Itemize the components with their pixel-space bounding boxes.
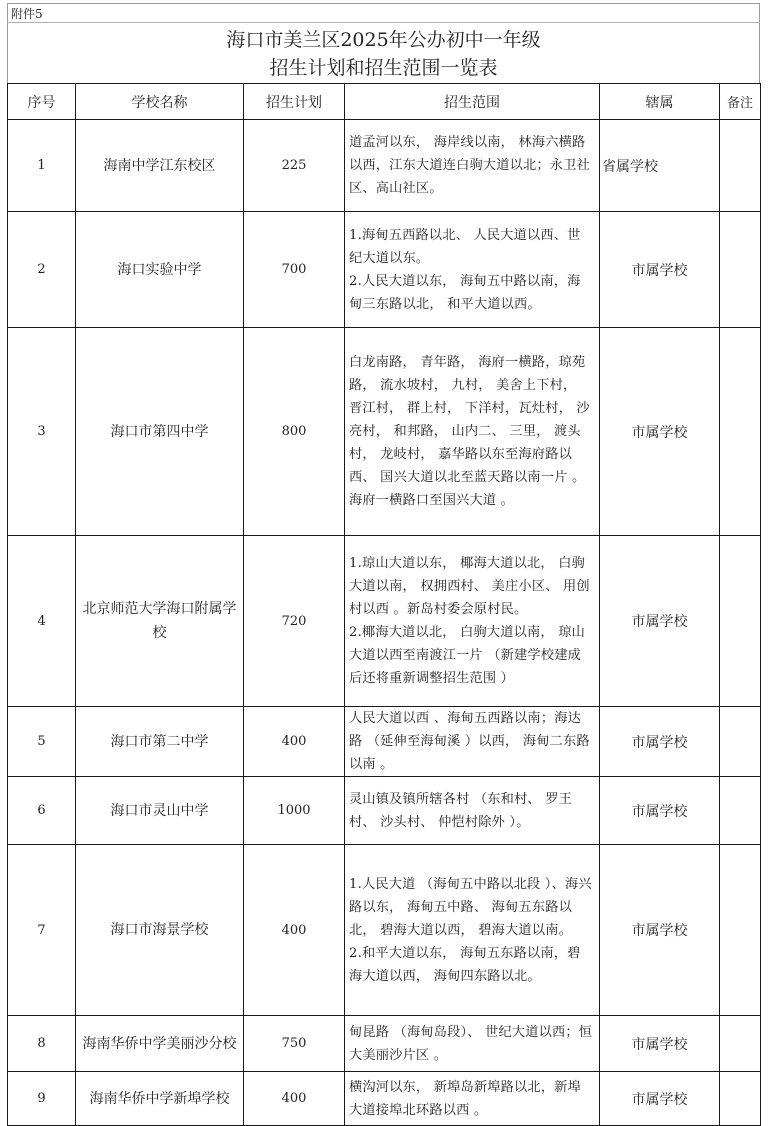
table-row: 4 北京师范大学海口附属学校 720 1.琼山大道以东， 椰海大道以北， 白驹大… <box>8 536 761 707</box>
range-text: 2.椰海大道以北， 白驹大道以南， 琼山大道以西至南渡江一片 （新建学校建成后还… <box>349 621 593 690</box>
cell-note <box>720 777 761 845</box>
range-text: 灵山镇及镇所辖各村 （东和村、 罗王村、 沙头村、 仲恺村除外 ）。 <box>349 788 593 834</box>
table-header-row: 序号 学校名称 招生计划 招生范围 辖属 备注 <box>8 84 761 120</box>
cell-plan: 400 <box>244 1072 345 1126</box>
cell-note <box>720 212 761 328</box>
cell-note <box>720 1072 761 1126</box>
cell-note <box>720 328 761 536</box>
range-text: 2.和平大道以东， 海甸五东路以南，碧海大道以西， 海甸四东路以北。 <box>349 942 593 988</box>
table-row: 9 海南华侨中学新埠学校 400 横沟河以东， 新埠岛新埠路以北，新埠大道接埠北… <box>8 1072 761 1126</box>
cell-plan: 720 <box>244 536 345 707</box>
cell-plan: 400 <box>244 707 345 777</box>
cell-range: 1.琼山大道以东， 椰海大道以北， 白驹大道以南， 权拥西村、 美庄小区、 用创… <box>345 536 600 707</box>
cell-jurisdiction: 市属学校 <box>600 328 720 536</box>
header-jurisdiction: 辖属 <box>600 84 720 120</box>
range-text: 白龙南路， 青年路， 海府一横路，琼苑路， 流水坡村， 九村， 美舍上下村， 晋… <box>349 351 593 512</box>
cell-range: 1.人民大道 （海甸五中路以北段 ）、海兴路以东， 海甸五中路、 海甸五东路以北… <box>345 845 600 1016</box>
cell-seq: 9 <box>8 1072 76 1126</box>
range-text: 人民大道以西 、海甸五西路以南；海达路 （延伸至海甸溪 ）以西， 海甸二东路以南… <box>349 707 593 776</box>
cell-jurisdiction: 市属学校 <box>600 777 720 845</box>
cell-range: 横沟河以东， 新埠岛新埠路以北，新埠大道接埠北环路以西 。 <box>345 1072 600 1126</box>
table-row: 5 海口市第二中学 400 人民大道以西 、海甸五西路以南；海达路 （延伸至海甸… <box>8 707 761 777</box>
range-text: 甸昆路 （海甸岛段）、 世纪大道以西；恒大美丽沙片区 。 <box>349 1021 593 1067</box>
range-text: 道孟河以东， 海岸线以南， 林海六横路以西，江东大道连白驹大道以北；永卫社区、高… <box>349 131 593 200</box>
cell-range: 甸昆路 （海甸岛段）、 世纪大道以西；恒大美丽沙片区 。 <box>345 1016 600 1072</box>
table-row: 1 海南中学江东校区 225 道孟河以东， 海岸线以南， 林海六横路以西，江东大… <box>8 120 761 212</box>
cell-school: 海口实验中学 <box>76 212 244 328</box>
cell-range: 道孟河以东， 海岸线以南， 林海六横路以西，江东大道连白驹大道以北；永卫社区、高… <box>345 120 600 212</box>
header-seq: 序号 <box>8 84 76 120</box>
cell-school: 海口市灵山中学 <box>76 777 244 845</box>
cell-range: 人民大道以西 、海甸五西路以南；海达路 （延伸至海甸溪 ）以西， 海甸二东路以南… <box>345 707 600 777</box>
cell-note <box>720 120 761 212</box>
cell-school: 海南中学江东校区 <box>76 120 244 212</box>
table-row: 6 海口市灵山中学 1000 灵山镇及镇所辖各村 （东和村、 罗王村、 沙头村、… <box>8 777 761 845</box>
range-text: 1.琼山大道以东， 椰海大道以北， 白驹大道以南， 权拥西村、 美庄小区、 用创… <box>349 552 593 621</box>
cell-school: 北京师范大学海口附属学校 <box>76 536 244 707</box>
cell-seq: 8 <box>8 1016 76 1072</box>
cell-jurisdiction: 市属学校 <box>600 1072 720 1126</box>
header-school: 学校名称 <box>76 84 244 120</box>
cell-seq: 2 <box>8 212 76 328</box>
cell-school: 海南华侨中学美丽沙分校 <box>76 1016 244 1072</box>
cell-jurisdiction: 省属学校 <box>600 120 720 212</box>
enrollment-table: 序号 学校名称 招生计划 招生范围 辖属 备注 1 海南中学江东校区 225 道… <box>7 83 761 1126</box>
cell-plan: 750 <box>244 1016 345 1072</box>
title-line-2: 招生计划和招生范围一览表 <box>8 54 759 82</box>
cell-note <box>720 845 761 1016</box>
cell-seq: 3 <box>8 328 76 536</box>
cell-plan: 800 <box>244 328 345 536</box>
cell-plan: 700 <box>244 212 345 328</box>
cell-jurisdiction: 市属学校 <box>600 1016 720 1072</box>
cell-school: 海口市海景学校 <box>76 845 244 1016</box>
cell-note <box>720 1016 761 1072</box>
table-row: 7 海口市海景学校 400 1.人民大道 （海甸五中路以北段 ）、海兴路以东， … <box>8 845 761 1016</box>
range-text: 1.海甸五西路以北、 人民大道以西、世纪大道以东。 <box>349 224 593 270</box>
range-text: 2.人民大道以东， 海甸五中路以南，海甸三东路以北， 和平大道以西。 <box>349 270 593 316</box>
cell-seq: 6 <box>8 777 76 845</box>
table-row: 2 海口实验中学 700 1.海甸五西路以北、 人民大道以西、世纪大道以东。 2… <box>8 212 761 328</box>
cell-school: 海口市第四中学 <box>76 328 244 536</box>
table-row: 3 海口市第四中学 800 白龙南路， 青年路， 海府一横路，琼苑路， 流水坡村… <box>8 328 761 536</box>
cell-range: 白龙南路， 青年路， 海府一横路，琼苑路， 流水坡村， 九村， 美舍上下村， 晋… <box>345 328 600 536</box>
title-line-1: 海口市美兰区2025年公办初中一年级 <box>8 26 759 54</box>
cell-seq: 4 <box>8 536 76 707</box>
cell-range: 灵山镇及镇所辖各村 （东和村、 罗王村、 沙头村、 仲恺村除外 ）。 <box>345 777 600 845</box>
cell-seq: 7 <box>8 845 76 1016</box>
header-range: 招生范围 <box>345 84 600 120</box>
range-text: 1.人民大道 （海甸五中路以北段 ）、海兴路以东， 海甸五中路、 海甸五东路以北… <box>349 873 593 942</box>
document-title: 海口市美兰区2025年公办初中一年级 招生计划和招生范围一览表 <box>7 23 760 83</box>
cell-plan: 225 <box>244 120 345 212</box>
range-text: 横沟河以东， 新埠岛新埠路以北，新埠大道接埠北环路以西 。 <box>349 1076 593 1122</box>
cell-note <box>720 536 761 707</box>
table-row: 8 海南华侨中学美丽沙分校 750 甸昆路 （海甸岛段）、 世纪大道以西；恒大美… <box>8 1016 761 1072</box>
cell-plan: 1000 <box>244 777 345 845</box>
header-note: 备注 <box>720 84 761 120</box>
cell-seq: 1 <box>8 120 76 212</box>
cell-seq: 5 <box>8 707 76 777</box>
cell-school: 海口市第二中学 <box>76 707 244 777</box>
cell-jurisdiction: 市属学校 <box>600 845 720 1016</box>
cell-school: 海南华侨中学新埠学校 <box>76 1072 244 1126</box>
document-sheet: 附件5 海口市美兰区2025年公办初中一年级 招生计划和招生范围一览表 序号 学… <box>7 3 760 1126</box>
cell-note <box>720 707 761 777</box>
cell-plan: 400 <box>244 845 345 1016</box>
cell-jurisdiction: 市属学校 <box>600 212 720 328</box>
cell-jurisdiction: 市属学校 <box>600 707 720 777</box>
cell-jurisdiction: 市属学校 <box>600 536 720 707</box>
annex-label: 附件5 <box>7 3 760 23</box>
cell-range: 1.海甸五西路以北、 人民大道以西、世纪大道以东。 2.人民大道以东， 海甸五中… <box>345 212 600 328</box>
header-plan: 招生计划 <box>244 84 345 120</box>
